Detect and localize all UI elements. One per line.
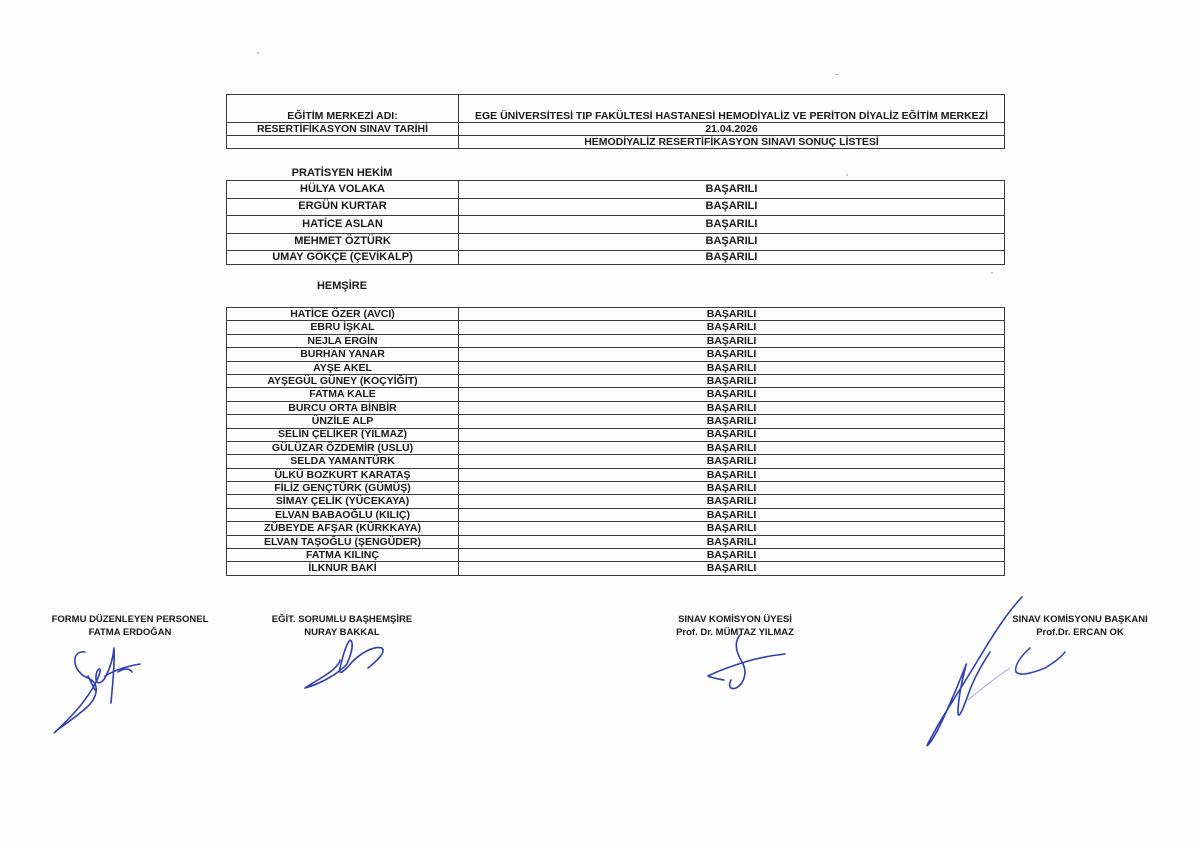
handwritten-signature-icon bbox=[0, 0, 1200, 848]
